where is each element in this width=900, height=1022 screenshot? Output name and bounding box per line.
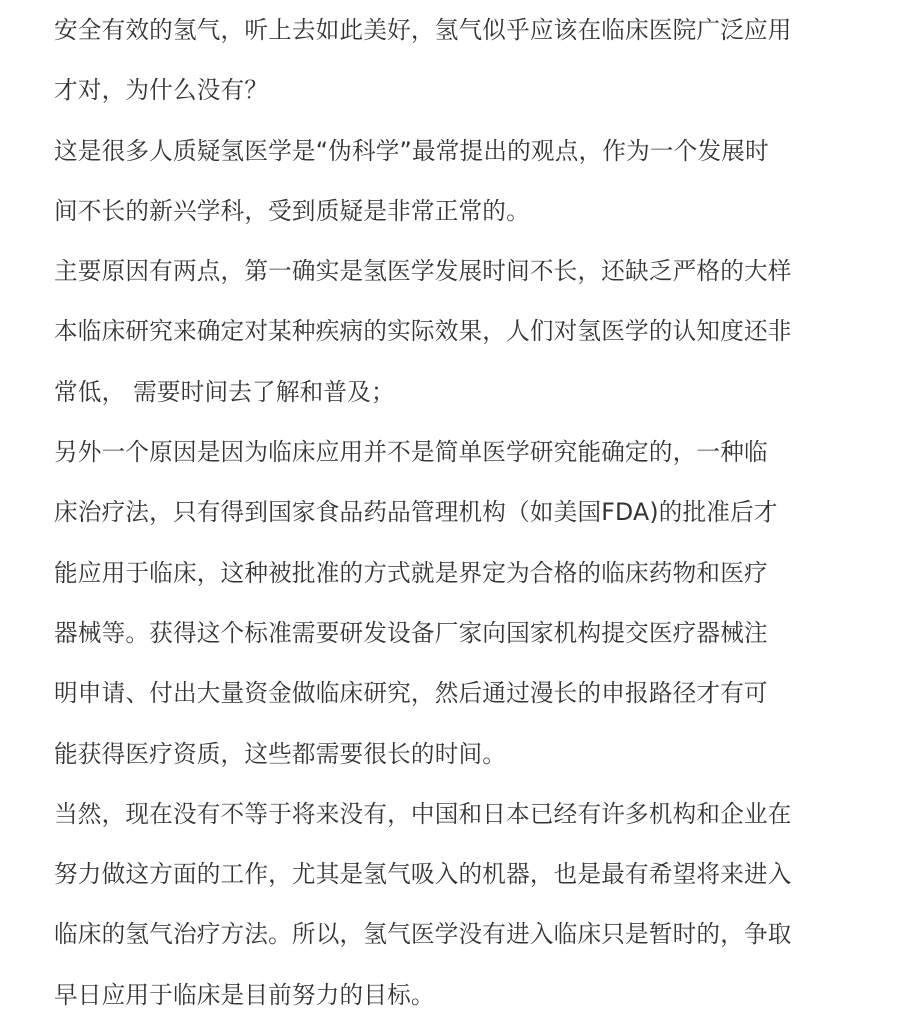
text-line: 器械等。获得这个标准需要研发设备厂家向国家机构提交医疗器械注	[54, 619, 768, 647]
paragraph-1: 安全有效的氢气，听上去如此美好，氢气似乎应该在临床医院广泛应用 才对，为什么没有…	[54, 0, 844, 121]
text-line: 常低， 需要时间去了解和普及；	[54, 378, 395, 406]
text-line: 本临床研究来确定对某种疾病的实际效果，人们对氢医学的认知度还非	[54, 317, 792, 345]
text-line: 这是很多人质疑氢医学是“伪科学”最常提出的观点，作为一个发展时	[54, 137, 769, 165]
text-line: 早日应用于临床是目前努力的目标。	[54, 981, 435, 1009]
text-line: 当然，现在没有不等于将来没有，中国和日本已经有许多机构和企业在	[54, 800, 792, 828]
text-line: 主要原因有两点，第一确实是氢医学发展时间不长，还缺乏严格的大样	[54, 257, 792, 285]
paragraph-5: 当然，现在没有不等于将来没有，中国和日本已经有许多机构和企业在 努力做这方面的工…	[54, 784, 844, 1022]
article-body: 安全有效的氢气，听上去如此美好，氢气似乎应该在临床医院广泛应用 才对，为什么没有…	[54, 0, 844, 1022]
paragraph-2: 这是很多人质疑氢医学是“伪科学”最常提出的观点，作为一个发展时 间不长的新兴学科…	[54, 121, 844, 242]
text-line: 才对，为什么没有？	[54, 76, 268, 104]
text-line: 另外一个原因是因为临床应用并不是简单医学研究能确定的，一种临	[54, 438, 768, 466]
text-line: 间不长的新兴学科，受到质疑是非常正常的。	[54, 197, 530, 225]
paragraph-4: 另外一个原因是因为临床应用并不是简单医学研究能确定的，一种临 床治疗法，只有得到…	[54, 422, 844, 784]
text-line: 能获得医疗资质，这些都需要很长的时间。	[54, 740, 506, 768]
text-line: 能应用于临床，这种被批准的方式就是界定为合格的临床药物和医疗	[54, 559, 768, 587]
text-line: 床治疗法，只有得到国家食品药品管理机构（如美国FDA)的批准后才	[54, 498, 778, 526]
paragraph-3: 主要原因有两点，第一确实是氢医学发展时间不长，还缺乏严格的大样 本临床研究来确定…	[54, 241, 844, 422]
text-line: 安全有效的氢气，听上去如此美好，氢气似乎应该在临床医院广泛应用	[54, 16, 792, 44]
text-line: 明申请、付出大量资金做临床研究，然后通过漫长的申报路径才有可	[54, 679, 768, 707]
text-line: 努力做这方面的工作，尤其是氢气吸入的机器，也是最有希望将来进入	[54, 860, 792, 888]
text-line: 临床的氢气治疗方法。所以，氢气医学没有进入临床只是暂时的，争取	[54, 920, 792, 948]
